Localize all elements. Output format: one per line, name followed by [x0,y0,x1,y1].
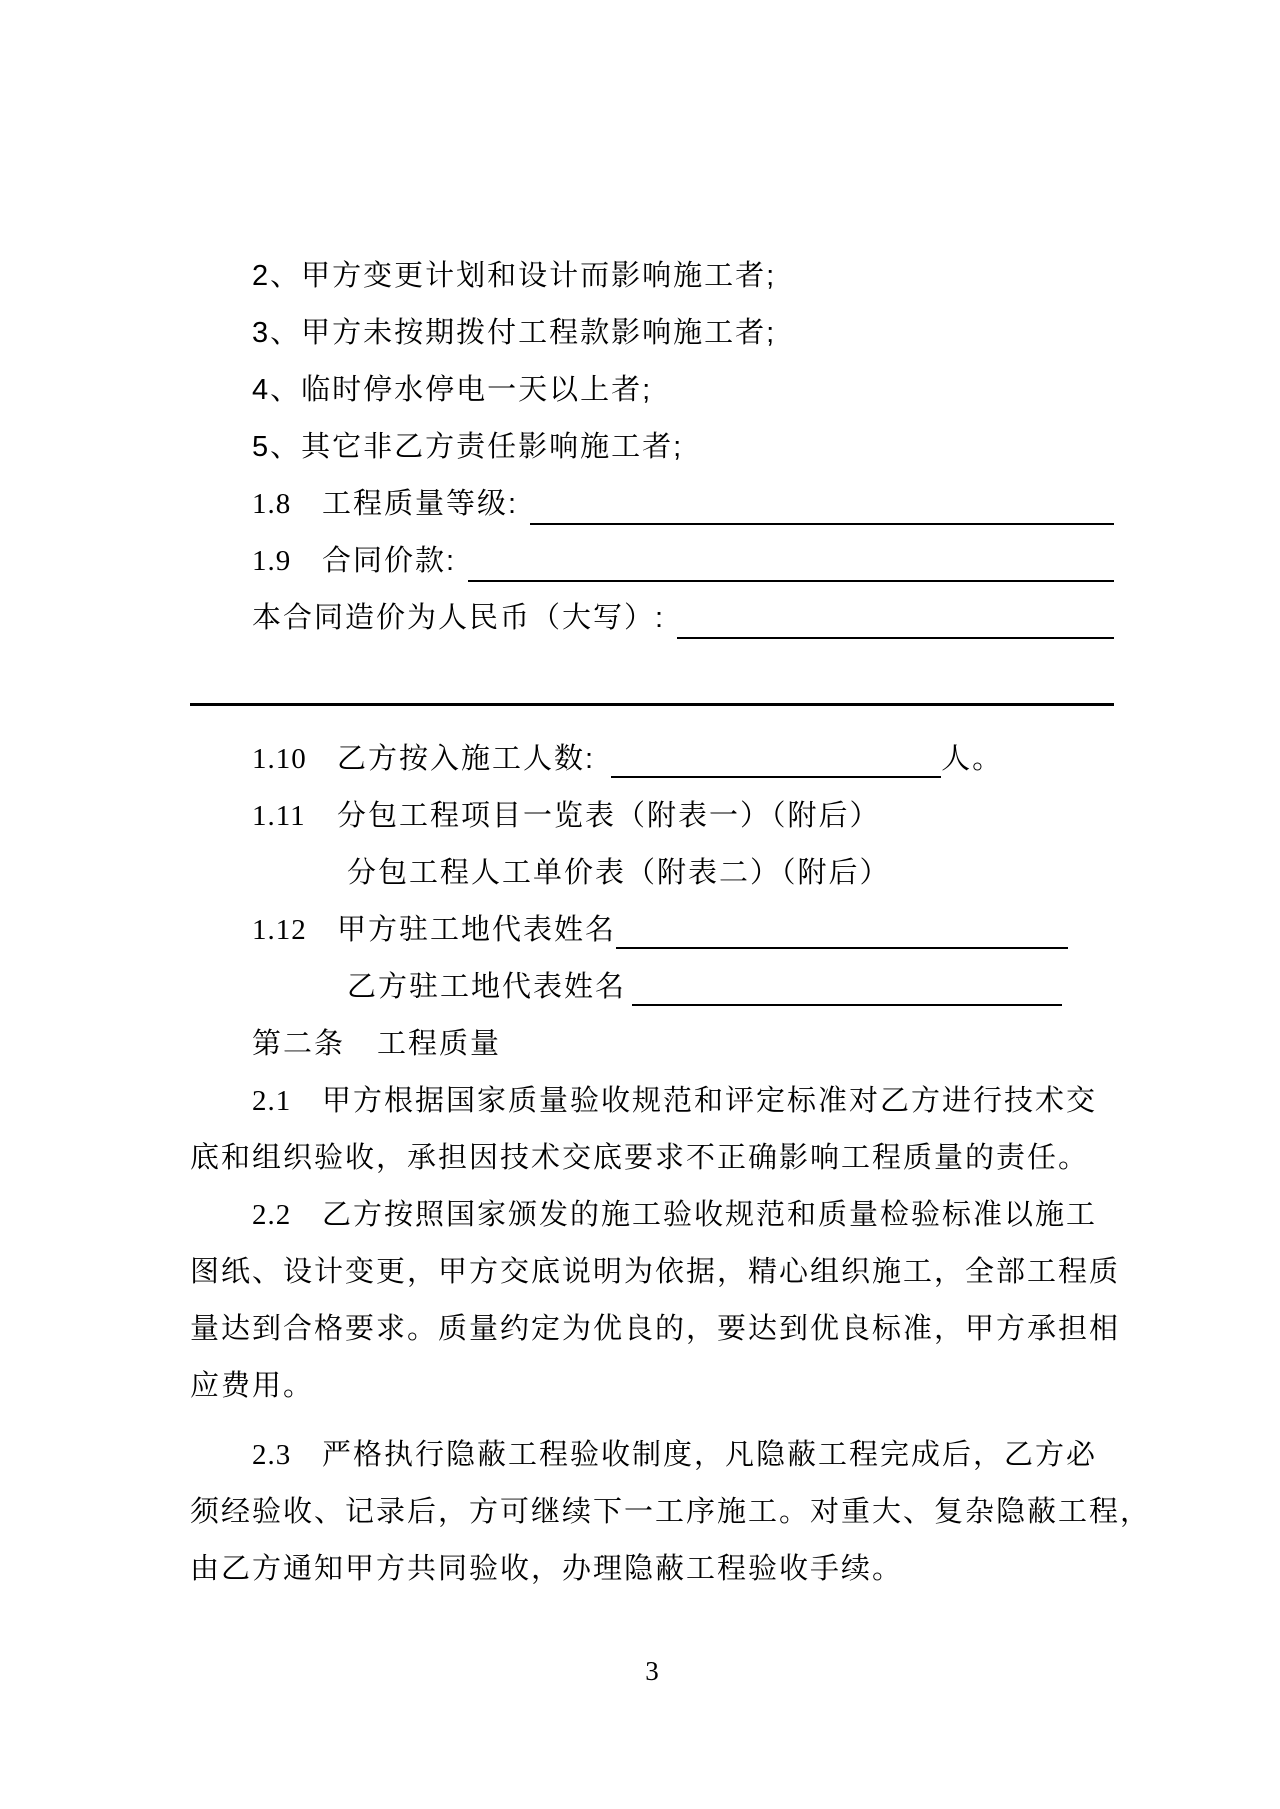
clause-line: 量达到合格要求。质量约定为优良的，要达到优良标准，甲方承担相 [190,1301,1114,1358]
clause-line: 须经验收、记录后，方可继续下一工序施工。对重大、复杂隐蔽工程， [190,1484,1114,1541]
clause-line: 应费用。 [190,1358,1114,1415]
attachment-price-line: 分包工程人工单价表（附表二）（附后） [347,845,1114,902]
clause-2-2: 2.2乙方按照国家颁发的施工验收规范和质量检验标准以施工 图纸、设计变更，甲方交… [190,1187,1114,1415]
clause-line: 2.1甲方根据国家质量验收规范和评定标准对乙方进行技术交 [252,1073,1114,1130]
blank-underline [677,590,1114,639]
field-label: 分包工程项目一览表（附表一）（附后） [337,800,881,832]
field-workers-count: 1.10乙方按入施工人数:人。 [252,731,1114,788]
section-divider [190,703,1114,706]
field-suffix: 人。 [941,743,1003,775]
blank-underline [632,1004,1062,1006]
clause-2-1: 2.1甲方根据国家质量验收规范和评定标准对乙方进行技术交 底和组织验收，承担因技… [190,1073,1114,1187]
clause-number: 2.3 [252,1427,322,1484]
clause-line: 由乙方通知甲方共同验收，办理隐蔽工程验收手续。 [190,1541,1114,1598]
list-item: 4、临时停水停电一天以上者; [252,362,1114,419]
blank-underline [616,947,1068,949]
section-heading: 第二条工程质量 [252,1016,1114,1073]
clause-number: 1.10 [252,731,337,788]
list-item: 2、甲方变更计划和设计而影响施工者; [252,248,1114,305]
blank-underline [611,776,941,778]
blank-underline [530,476,1114,525]
clause-number: 1.9 [252,533,322,590]
clause-2-3: 2.3严格执行隐蔽工程验收制度，凡隐蔽工程完成后，乙方必 须经验收、记录后，方可… [190,1427,1114,1598]
field-label: 乙方按入施工人数: [337,743,595,775]
field-label: 工程质量等级: [322,476,518,533]
clause-line: 底和组织验收，承担因技术交底要求不正确影响工程质量的责任。 [190,1130,1114,1187]
field-label: 甲方驻工地代表姓名 [337,914,616,946]
clause-number: 1.12 [252,902,337,959]
field-quality-grade: 1.8工程质量等级: [252,476,1114,533]
contract-page: 2、甲方变更计划和设计而影响施工者; 3、甲方未按期拨付工程款影响施工者; 4、… [0,0,1280,1809]
clause-number: 2.2 [252,1187,322,1244]
section-heading-number: 第二条 [252,1016,345,1073]
field-label: 本合同造价为人民币（大写）: [252,590,665,647]
field-party-b-rep: 乙方驻工地代表姓名 [347,959,1114,1016]
clause-number: 1.8 [252,476,322,533]
clause-number: 1.11 [252,788,337,845]
clause-text: 甲方根据国家质量验收规范和评定标准对乙方进行技术交 [322,1085,1097,1117]
field-label: 合同价款: [322,533,456,590]
clause-line: 2.2乙方按照国家颁发的施工验收规范和质量检验标准以施工 [252,1187,1114,1244]
clause-text: 严格执行隐蔽工程验收制度，凡隐蔽工程完成后，乙方必 [322,1439,1097,1471]
clause-text: 乙方按照国家颁发的施工验收规范和质量检验标准以施工 [322,1199,1097,1231]
clause-line: 2.3严格执行隐蔽工程验收制度，凡隐蔽工程完成后，乙方必 [252,1427,1114,1484]
field-contract-price: 1.9合同价款: [252,533,1114,590]
field-label: 乙方驻工地代表姓名 [347,971,626,1003]
clause-line: 图纸、设计变更，甲方交底说明为依据，精心组织施工，全部工程质 [190,1244,1114,1301]
page-number: 3 [190,1643,1114,1700]
attachment-list-line: 1.11分包工程项目一览表（附表一）（附后） [252,788,1114,845]
clause-number: 2.1 [252,1073,322,1130]
field-price-in-words: 本合同造价为人民币（大写）: [252,590,1114,647]
field-party-a-rep: 1.12甲方驻工地代表姓名 [252,902,1114,959]
section-heading-title: 工程质量 [377,1028,501,1060]
list-item: 3、甲方未按期拨付工程款影响施工者; [252,305,1114,362]
list-item: 5、其它非乙方责任影响施工者; [252,419,1114,476]
blank-underline [468,533,1114,582]
